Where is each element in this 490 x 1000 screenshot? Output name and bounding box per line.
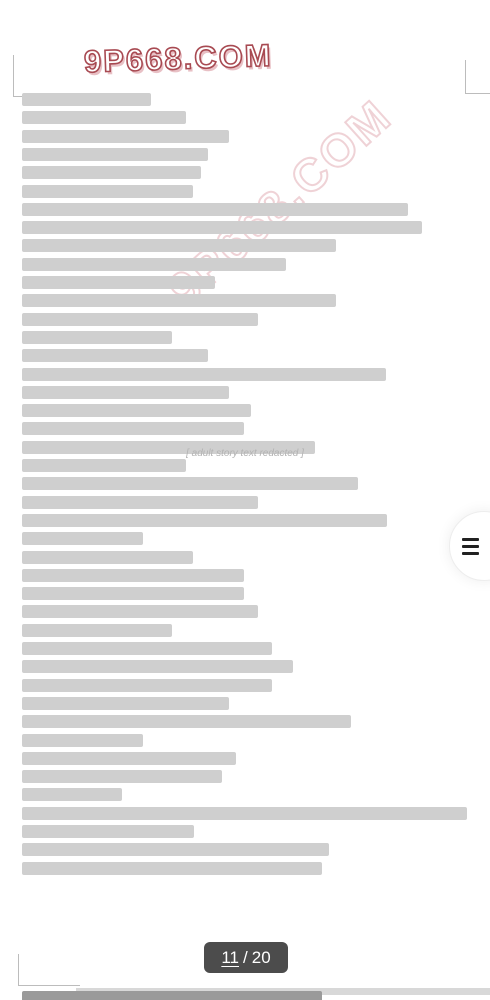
redacted-text-line <box>22 734 143 747</box>
redacted-text-line <box>22 514 387 527</box>
redacted-text-line <box>22 349 208 362</box>
redacted-text-line <box>22 660 293 673</box>
redacted-text-line <box>22 569 244 582</box>
redacted-text-line <box>22 148 208 161</box>
redacted-text-line <box>22 313 258 326</box>
redacted-text-line <box>22 532 143 545</box>
redacted-text-line <box>22 477 358 490</box>
redacted-text-line <box>22 239 336 252</box>
redacted-text-line <box>22 642 272 655</box>
redacted-text-line <box>22 221 422 234</box>
redacted-text-line <box>22 422 244 435</box>
page-indicator[interactable]: 11 / 20 <box>204 942 288 973</box>
redacted-text-line <box>22 697 229 710</box>
redacted-text-line <box>22 258 286 271</box>
redacted-text-line <box>22 130 229 143</box>
redacted-text-line <box>22 386 229 399</box>
redacted-text-line <box>22 752 236 765</box>
redacted-text-line <box>22 715 351 728</box>
redacted-text-line <box>22 862 322 875</box>
redacted-text-line <box>22 93 151 106</box>
redacted-text-line <box>22 605 258 618</box>
redacted-text-line <box>22 679 272 692</box>
redacted-text-line <box>22 843 329 856</box>
redacted-text-line <box>22 331 172 344</box>
redaction-note: [ adult story text redacted ] <box>0 448 490 459</box>
current-page-input[interactable]: 11 <box>221 948 239 968</box>
redacted-text-line <box>22 825 194 838</box>
hamburger-menu-icon <box>462 538 480 558</box>
redacted-text-line <box>22 624 172 637</box>
total-pages: 20 <box>252 948 271 968</box>
text-lines <box>0 0 490 1000</box>
redacted-text-line <box>22 551 193 564</box>
redacted-text-line <box>22 404 251 417</box>
page-separator: / <box>243 948 248 968</box>
redacted-text-line <box>22 807 467 820</box>
redacted-text-line <box>22 368 386 381</box>
document-page: 9P668.COM 9P668.COM [ adult story text r… <box>0 0 490 1000</box>
redacted-text-line <box>22 770 222 783</box>
redacted-text-line <box>22 203 408 216</box>
redacted-text-line <box>22 587 244 600</box>
redacted-text-line <box>22 111 186 124</box>
redacted-text-line <box>22 459 186 472</box>
site-watermark: 9P668.COM <box>83 38 273 81</box>
redacted-text-line <box>22 166 201 179</box>
redacted-text-line <box>22 294 336 307</box>
next-page-partial-text-line <box>22 991 322 1000</box>
redacted-text-line <box>22 788 122 801</box>
redacted-text-line <box>22 276 215 289</box>
redacted-text-line <box>22 496 258 509</box>
redacted-text-line <box>22 185 193 198</box>
